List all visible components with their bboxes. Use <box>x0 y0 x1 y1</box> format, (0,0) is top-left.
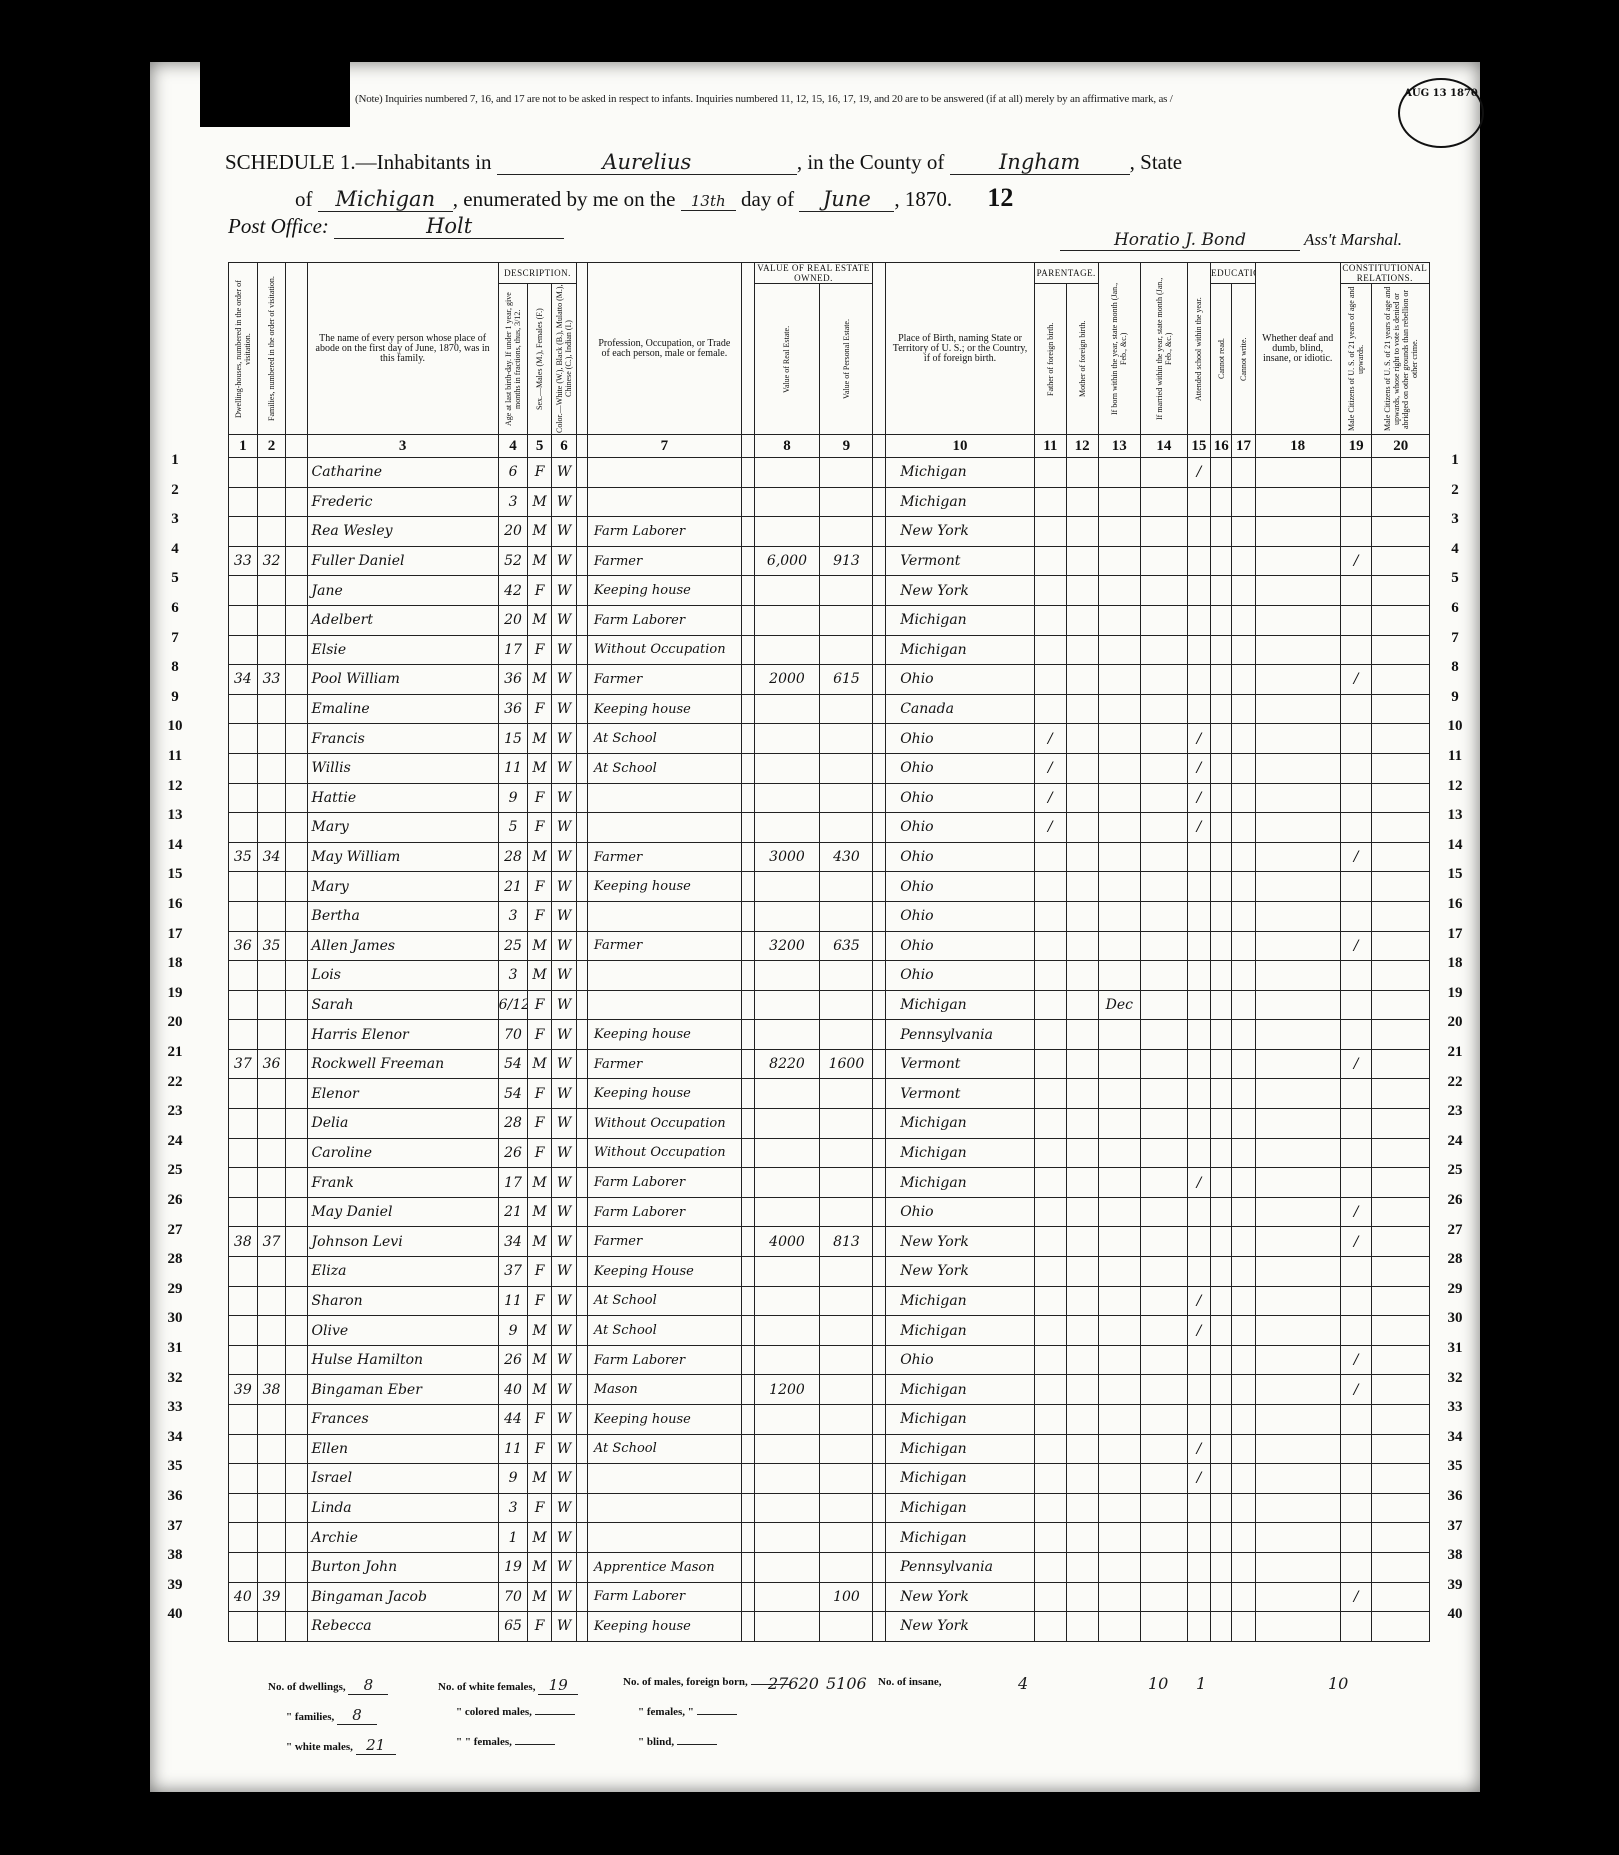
line-number: 20 <box>160 1014 190 1031</box>
cell-sex: M <box>528 1049 551 1079</box>
cell-name: Francis <box>307 724 498 754</box>
line-number: 27 <box>1440 1222 1470 1239</box>
cell-color: W <box>551 1227 577 1257</box>
cell-dwelling <box>229 1079 258 1109</box>
cell-real <box>754 635 820 665</box>
cell-c11 <box>1034 1582 1066 1612</box>
cell-age: 1 <box>498 1523 528 1553</box>
cell-name: Fuller Daniel <box>307 546 498 576</box>
enumeration-line: of Michigan, enumerated by me on the 13t… <box>295 183 1013 213</box>
cell-personal <box>820 1197 873 1227</box>
cell-personal <box>820 753 873 783</box>
cell-c14 <box>1141 1227 1188 1257</box>
cell-c20 <box>1372 1345 1430 1375</box>
cell-c20 <box>1372 901 1430 931</box>
cell-real <box>754 1582 820 1612</box>
cell-c14 <box>1141 517 1188 547</box>
col-deaf-blind-header: Whether deaf and dumb, blind, insane, or… <box>1255 263 1340 435</box>
cell-c13 <box>1098 576 1140 606</box>
cell-c15 <box>1187 1049 1210 1079</box>
cell-real <box>754 1138 820 1168</box>
line-number: 14 <box>160 837 190 854</box>
col-male-citizens-header: Male Citizens of U. S. of 21 years of ag… <box>1340 284 1372 435</box>
cell-name: Lois <box>307 961 498 991</box>
cell-c13 <box>1098 1257 1140 1287</box>
cell-c18 <box>1255 1375 1340 1405</box>
cell-color: W <box>551 813 577 843</box>
cell-sex: F <box>528 1493 551 1523</box>
cell-c18 <box>1255 576 1340 606</box>
cell-c11 <box>1034 1345 1066 1375</box>
cell-c17 <box>1232 694 1255 724</box>
cell-dwelling <box>229 753 258 783</box>
cell-c17 <box>1232 1612 1255 1642</box>
cell-c18 <box>1255 1612 1340 1642</box>
cell-color: W <box>551 576 577 606</box>
cell-c13 <box>1098 1079 1140 1109</box>
cell-c18 <box>1255 605 1340 635</box>
cell-family <box>257 694 286 724</box>
cell-c15 <box>1187 1582 1210 1612</box>
cell-color: W <box>551 1138 577 1168</box>
cell-c17 <box>1232 783 1255 813</box>
cell-name: Catharine <box>307 458 498 488</box>
table-row: Adelbert20MWFarm LaborerMichigan <box>229 605 1430 635</box>
cell-c17 <box>1232 665 1255 695</box>
cell-c20 <box>1372 694 1430 724</box>
cell-sex: M <box>528 665 551 695</box>
table-row: Sarah6/12FWMichiganDec <box>229 990 1430 1020</box>
cell-birth: Ohio <box>886 1197 1035 1227</box>
cell-age: 20 <box>498 517 528 547</box>
cell-c15 <box>1187 1552 1210 1582</box>
line-number: 37 <box>1440 1518 1470 1535</box>
cell-c14 <box>1141 724 1188 754</box>
line-number: 26 <box>160 1192 190 1209</box>
cell-name: Delia <box>307 1109 498 1139</box>
cell-real <box>754 1464 820 1494</box>
cell-color: W <box>551 724 577 754</box>
cell-birth: Michigan <box>886 487 1035 517</box>
cell-family <box>257 753 286 783</box>
cell-c13 <box>1098 724 1140 754</box>
cell-dwelling <box>229 458 258 488</box>
cell-birth: Ohio <box>886 961 1035 991</box>
cell-birth: Canada <box>886 694 1035 724</box>
cell-family <box>257 990 286 1020</box>
table-row: Rebecca65FWKeeping houseNew York <box>229 1612 1430 1642</box>
cell-age: 9 <box>498 1316 528 1346</box>
cell-personal <box>820 990 873 1020</box>
cell-family <box>257 1405 286 1435</box>
cell-family <box>257 1020 286 1050</box>
cell-c11 <box>1034 635 1066 665</box>
cell-family <box>257 1257 286 1287</box>
line-number: 27 <box>160 1222 190 1239</box>
cell-c15: / <box>1187 458 1210 488</box>
line-number: 31 <box>160 1340 190 1357</box>
cell-color: W <box>551 1582 577 1612</box>
cell-birth: Michigan <box>886 1405 1035 1435</box>
cell-c14 <box>1141 1345 1188 1375</box>
cell-occupation: Farmer <box>587 665 741 695</box>
cell-name: Jane <box>307 576 498 606</box>
line-number: 7 <box>160 630 190 647</box>
line-number: 39 <box>1440 1577 1470 1594</box>
table-row: Ellen11FWAt SchoolMichigan/ <box>229 1434 1430 1464</box>
cell-c20 <box>1372 753 1430 783</box>
line-number: 3 <box>160 511 190 528</box>
cell-c17 <box>1232 1582 1255 1612</box>
line-number: 25 <box>1440 1162 1470 1179</box>
cell-birth: New York <box>886 1582 1035 1612</box>
cell-c11: / <box>1034 783 1066 813</box>
cell-sex: F <box>528 635 551 665</box>
cell-c19 <box>1340 694 1372 724</box>
cell-family <box>257 1493 286 1523</box>
col-father-foreign-header: Father of foreign birth. <box>1034 284 1066 435</box>
cell-c11 <box>1034 1197 1066 1227</box>
cell-birth: Michigan <box>886 605 1035 635</box>
cell-c20 <box>1372 842 1430 872</box>
cell-sex: M <box>528 1168 551 1198</box>
line-number: 18 <box>160 955 190 972</box>
cell-c16 <box>1211 842 1232 872</box>
cell-c17 <box>1232 546 1255 576</box>
line-number: 11 <box>160 748 190 765</box>
line-number: 29 <box>160 1281 190 1298</box>
cell-personal <box>820 1079 873 1109</box>
cell-c14 <box>1141 1316 1188 1346</box>
cell-c17 <box>1232 1257 1255 1287</box>
line-number: 17 <box>160 926 190 943</box>
cell-c19: / <box>1340 546 1372 576</box>
table-row: Elenor54FWKeeping houseVermont <box>229 1079 1430 1109</box>
col-color-header: Color.—White (W.), Black (B.), Mulatto (… <box>551 284 577 435</box>
cell-name: May William <box>307 842 498 872</box>
cell-age: 36 <box>498 665 528 695</box>
summary-colored-females: " " females, <box>456 1736 555 1748</box>
cell-c19: / <box>1340 1049 1372 1079</box>
cell-occupation: Farm Laborer <box>587 1168 741 1198</box>
line-number: 13 <box>160 807 190 824</box>
cell-c12 <box>1066 576 1098 606</box>
cell-age: 20 <box>498 605 528 635</box>
col-school-header: Attended school within the year. <box>1187 263 1210 435</box>
line-number: 5 <box>1440 570 1470 587</box>
cell-c12 <box>1066 1049 1098 1079</box>
cell-name: Sharon <box>307 1286 498 1316</box>
table-row: Olive9MWAt SchoolMichigan/ <box>229 1316 1430 1346</box>
cell-c16 <box>1211 753 1232 783</box>
cell-name: Frederic <box>307 487 498 517</box>
cell-dwelling <box>229 724 258 754</box>
table-row: Frederic3MWMichigan <box>229 487 1430 517</box>
table-row: 3433Pool William36MWFarmer2000615Ohio/ <box>229 665 1430 695</box>
cell-c15 <box>1187 961 1210 991</box>
cell-personal <box>820 1375 873 1405</box>
cell-age: 3 <box>498 961 528 991</box>
cell-dwelling: 37 <box>229 1049 258 1079</box>
census-table: Dwelling-houses, numbered in the order o… <box>228 262 1430 1642</box>
cell-real <box>754 694 820 724</box>
cell-c15: / <box>1187 1286 1210 1316</box>
cell-dwelling: 34 <box>229 665 258 695</box>
cell-sex: M <box>528 1227 551 1257</box>
cell-birth: Vermont <box>886 1079 1035 1109</box>
cell-c17 <box>1232 487 1255 517</box>
cell-c15 <box>1187 605 1210 635</box>
cell-sex: M <box>528 1197 551 1227</box>
cell-sex: F <box>528 783 551 813</box>
post-office-line: Post Office: Holt <box>228 214 564 239</box>
cell-color: W <box>551 1020 577 1050</box>
cell-c14 <box>1141 1434 1188 1464</box>
cell-age: 5 <box>498 813 528 843</box>
cell-c17 <box>1232 635 1255 665</box>
cell-c20 <box>1372 990 1430 1020</box>
cell-c18 <box>1255 872 1340 902</box>
cell-family <box>257 458 286 488</box>
cell-personal <box>820 576 873 606</box>
cell-c17 <box>1232 961 1255 991</box>
cell-birth: Michigan <box>886 1316 1035 1346</box>
cell-c14 <box>1141 1168 1188 1198</box>
cell-occupation: Keeping house <box>587 576 741 606</box>
cell-c13 <box>1098 458 1140 488</box>
cell-c16 <box>1211 1345 1232 1375</box>
cell-personal <box>820 605 873 635</box>
cell-real <box>754 813 820 843</box>
cell-c20 <box>1372 872 1430 902</box>
line-number: 30 <box>1440 1310 1470 1327</box>
constitutional-group-header: CONSTITUTIONAL RELATIONS. <box>1340 263 1429 284</box>
line-number: 33 <box>1440 1399 1470 1416</box>
cell-c19 <box>1340 1109 1372 1139</box>
cell-real <box>754 961 820 991</box>
cell-c18 <box>1255 1109 1340 1139</box>
cell-c14 <box>1141 1582 1188 1612</box>
table-row: 4039Bingaman Jacob70MWFarm Laborer100New… <box>229 1582 1430 1612</box>
cell-dwelling: 39 <box>229 1375 258 1405</box>
cell-c19 <box>1340 1434 1372 1464</box>
cell-age: 40 <box>498 1375 528 1405</box>
cell-sex: M <box>528 1464 551 1494</box>
cell-c12 <box>1066 990 1098 1020</box>
cell-c11 <box>1034 665 1066 695</box>
cell-color: W <box>551 1552 577 1582</box>
cell-sex: M <box>528 1552 551 1582</box>
cell-c13 <box>1098 783 1140 813</box>
summary-male-citizens-total: 10 <box>1328 1674 1348 1693</box>
table-row: Burton John19MWApprentice MasonPennsylva… <box>229 1552 1430 1582</box>
table-row: Harris Elenor70FWKeeping housePennsylvan… <box>229 1020 1430 1050</box>
cell-c13 <box>1098 1552 1140 1582</box>
cell-birth: Vermont <box>886 546 1035 576</box>
cell-c20 <box>1372 1227 1430 1257</box>
cell-family <box>257 1197 286 1227</box>
parentage-group-header: PARENTAGE. <box>1034 263 1098 284</box>
cell-birth: Ohio <box>886 665 1035 695</box>
table-row: Frances44FWKeeping houseMichigan <box>229 1405 1430 1435</box>
cell-c18 <box>1255 1405 1340 1435</box>
cell-occupation: Farm Laborer <box>587 1345 741 1375</box>
line-number: 10 <box>160 718 190 735</box>
cell-occupation: Farm Laborer <box>587 1197 741 1227</box>
line-number: 8 <box>1440 659 1470 676</box>
cell-c20 <box>1372 1020 1430 1050</box>
line-number: 37 <box>160 1518 190 1535</box>
cell-c18 <box>1255 990 1340 1020</box>
cell-c18 <box>1255 961 1340 991</box>
summary-white-males: " white males, 21 <box>286 1736 396 1755</box>
cell-c11 <box>1034 546 1066 576</box>
cell-real <box>754 458 820 488</box>
cell-color: W <box>551 783 577 813</box>
cell-c14 <box>1141 1375 1188 1405</box>
cell-c13 <box>1098 1197 1140 1227</box>
cell-c14 <box>1141 694 1188 724</box>
cell-c19 <box>1340 458 1372 488</box>
line-number: 6 <box>1440 600 1470 617</box>
cell-c13 <box>1098 1493 1140 1523</box>
cell-c19: / <box>1340 1375 1372 1405</box>
cell-age: 44 <box>498 1405 528 1435</box>
col-family-header: Families, numbered in the order of visit… <box>257 263 286 435</box>
cell-occupation: Keeping House <box>587 1257 741 1287</box>
cell-c16 <box>1211 813 1232 843</box>
cell-c16 <box>1211 783 1232 813</box>
cell-c16 <box>1211 1286 1232 1316</box>
cell-c13 <box>1098 487 1140 517</box>
cell-c16 <box>1211 901 1232 931</box>
cell-c18 <box>1255 487 1340 517</box>
cell-c13 <box>1098 753 1140 783</box>
cell-c11 <box>1034 487 1066 517</box>
cell-family <box>257 1109 286 1139</box>
cell-occupation <box>587 813 741 843</box>
cell-c14 <box>1141 813 1188 843</box>
cell-c12 <box>1066 1079 1098 1109</box>
cell-c20 <box>1372 1434 1430 1464</box>
cell-occupation: At School <box>587 1434 741 1464</box>
cell-c17 <box>1232 1197 1255 1227</box>
cell-c20 <box>1372 665 1430 695</box>
cell-real <box>754 1612 820 1642</box>
cell-personal <box>820 458 873 488</box>
cell-personal <box>820 1168 873 1198</box>
cell-dwelling <box>229 1168 258 1198</box>
cell-c20 <box>1372 1049 1430 1079</box>
cell-c12 <box>1066 1523 1098 1553</box>
cell-c14 <box>1141 872 1188 902</box>
col-born-year-header: If born within the year, state month (Ja… <box>1098 263 1140 435</box>
line-number: 32 <box>1440 1370 1470 1387</box>
cell-age: 3 <box>498 901 528 931</box>
cell-occupation <box>587 783 741 813</box>
cell-c15 <box>1187 1197 1210 1227</box>
cell-c12 <box>1066 1168 1098 1198</box>
cell-c18 <box>1255 813 1340 843</box>
line-number: 3 <box>1440 511 1470 528</box>
cell-c20 <box>1372 1257 1430 1287</box>
cell-c13 <box>1098 1375 1140 1405</box>
cell-c17 <box>1232 517 1255 547</box>
cell-c12 <box>1066 1612 1098 1642</box>
cell-age: 36 <box>498 694 528 724</box>
post-office-field: Holt <box>334 214 564 239</box>
cell-c15: / <box>1187 813 1210 843</box>
cell-birth: New York <box>886 576 1035 606</box>
cell-family: 32 <box>257 546 286 576</box>
cell-dwelling <box>229 1405 258 1435</box>
col-real-estate-header: Value of Real Estate. <box>754 284 820 435</box>
summary-cannot-write-total: 1 <box>1196 1674 1206 1693</box>
line-number: 9 <box>160 689 190 706</box>
line-number: 23 <box>160 1103 190 1120</box>
cell-age: 26 <box>498 1345 528 1375</box>
line-number: 19 <box>1440 985 1470 1002</box>
line-number: 22 <box>160 1074 190 1091</box>
header-group-row: Dwelling-houses, numbered in the order o… <box>229 263 1430 284</box>
cell-c13: Dec <box>1098 990 1140 1020</box>
cell-c18 <box>1255 1552 1340 1582</box>
cell-family <box>257 517 286 547</box>
cell-sex: F <box>528 458 551 488</box>
cell-age: 52 <box>498 546 528 576</box>
cell-c17 <box>1232 724 1255 754</box>
cell-occupation: Keeping house <box>587 1612 741 1642</box>
cell-c20 <box>1372 1316 1430 1346</box>
table-row: Caroline26FWWithout OccupationMichigan <box>229 1138 1430 1168</box>
cell-c15 <box>1187 1020 1210 1050</box>
cell-color: W <box>551 1316 577 1346</box>
cell-occupation: Keeping house <box>587 1020 741 1050</box>
cell-c13 <box>1098 931 1140 961</box>
cell-c12 <box>1066 842 1098 872</box>
table-row: Mary5FWOhio// <box>229 813 1430 843</box>
cell-dwelling: 36 <box>229 931 258 961</box>
cell-c13 <box>1098 1138 1140 1168</box>
cell-c13 <box>1098 1227 1140 1257</box>
cell-c20 <box>1372 1109 1430 1139</box>
cell-personal <box>820 487 873 517</box>
cell-c19 <box>1340 1020 1372 1050</box>
cell-c19 <box>1340 783 1372 813</box>
cell-c14 <box>1141 487 1188 517</box>
cell-occupation <box>587 487 741 517</box>
cell-dwelling <box>229 605 258 635</box>
cell-personal: 635 <box>820 931 873 961</box>
education-group-header: EDUCATION. <box>1211 263 1256 284</box>
cell-c12 <box>1066 487 1098 517</box>
line-number: 23 <box>1440 1103 1470 1120</box>
cell-c13 <box>1098 605 1140 635</box>
cell-c11 <box>1034 1612 1066 1642</box>
cell-age: 37 <box>498 1257 528 1287</box>
cell-c19 <box>1340 813 1372 843</box>
cell-family <box>257 961 286 991</box>
col-married-year-header: If married within the year, state month … <box>1141 263 1188 435</box>
cell-sex: M <box>528 1582 551 1612</box>
line-number: 28 <box>160 1251 190 1268</box>
cell-birth: Ohio <box>886 753 1035 783</box>
table-row: Archie1MWMichigan <box>229 1523 1430 1553</box>
cell-color: W <box>551 990 577 1020</box>
cell-personal <box>820 1316 873 1346</box>
cell-name: Johnson Levi <box>307 1227 498 1257</box>
cell-personal: 430 <box>820 842 873 872</box>
